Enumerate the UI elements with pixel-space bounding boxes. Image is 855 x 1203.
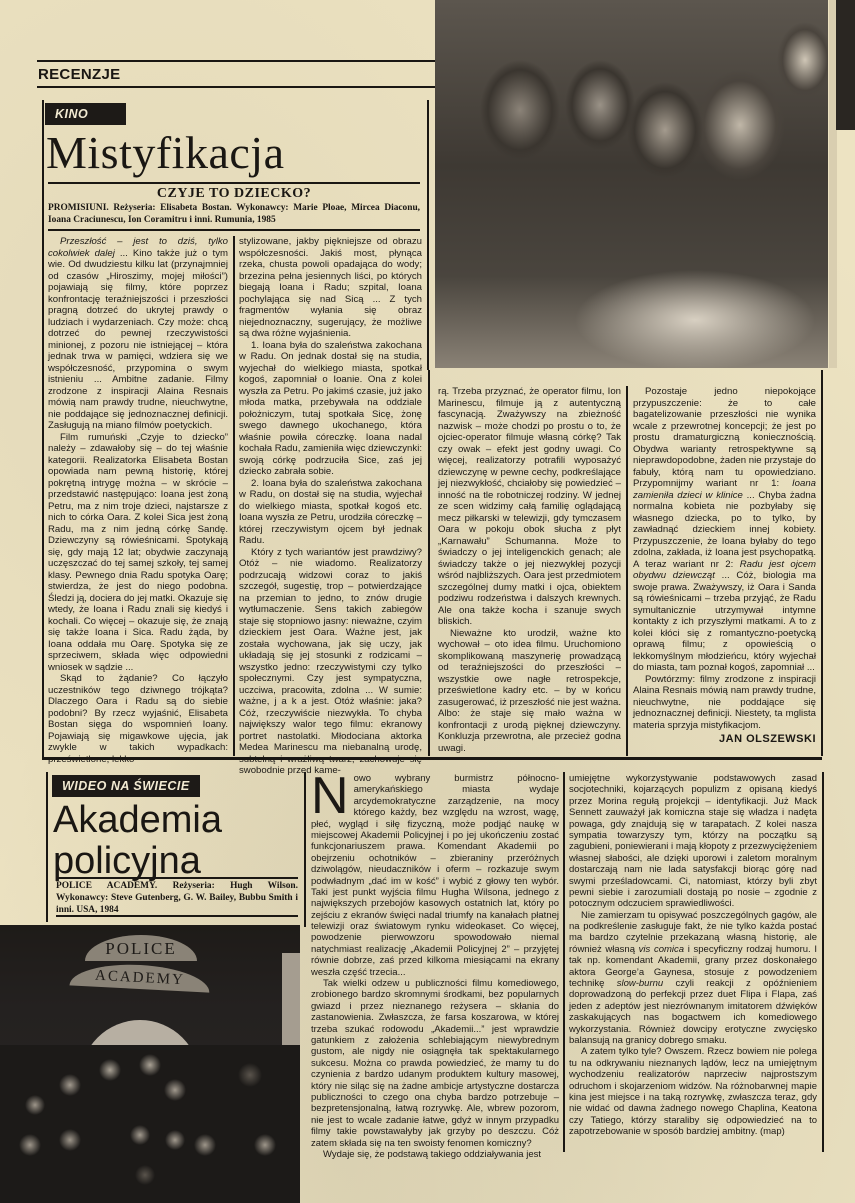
kino-tag: KINO — [45, 103, 126, 125]
review2-column-2: umiejętne wykorzystywanie podstawowych z… — [569, 773, 817, 1138]
review1-title-rule — [48, 182, 420, 184]
review1-column-1: Przeszłość – jest to dziś, tylko cokolwi… — [48, 236, 228, 765]
drop-cap: N — [311, 775, 349, 817]
paragraph: Tak wielki odzew u publiczności filmu ko… — [311, 978, 559, 1149]
review2-category-tag: WIDEO NA ŚWIECIE — [52, 775, 200, 797]
header-top-rule — [37, 60, 435, 62]
paragraph: Skąd to żądanie? Co łączyło uczestników … — [48, 673, 228, 765]
review2-credits-rule — [56, 915, 298, 917]
section-label: RECENZJE — [38, 66, 120, 83]
page-edge-dark — [836, 0, 855, 130]
academy-sign: ACADEMY — [69, 961, 210, 992]
headline-line-2: policyjna — [53, 841, 222, 882]
police-sign: POLICE — [85, 935, 197, 961]
review1-right-border-lower — [821, 370, 823, 756]
review1-column-4: Pozostaje jedno niepokojące przypuszczen… — [633, 386, 816, 731]
review2-right-border — [822, 772, 824, 1152]
cadets-group — [0, 1045, 300, 1203]
column-divider — [233, 236, 235, 756]
paragraph: Nowo wybrany burmistrz północno-amerykań… — [311, 773, 559, 978]
review1-category-tag: KINO — [45, 103, 126, 125]
police-academy-photo: POLICE ACADEMY — [0, 925, 300, 1203]
paragraph: rą. Trzeba przyznać, że operator filmu, … — [438, 386, 621, 628]
review1-byline: JAN OLSZEWSKI — [633, 733, 816, 745]
review2-title-rule — [56, 877, 298, 879]
review1-credits-rule — [48, 229, 420, 231]
paragraph: umiejętne wykorzystywanie podstawowych z… — [569, 773, 817, 910]
paragraph: Nie zamierzam tu opisywać poszczególnych… — [569, 910, 817, 1047]
review1-left-border — [42, 100, 44, 760]
column-divider — [563, 772, 565, 1152]
paragraph: 2. Ioana była do szaleństwa zakochana w … — [239, 478, 422, 547]
review1-column-3: rą. Trzeba przyznać, że operator filmu, … — [438, 386, 621, 754]
column-divider — [626, 386, 628, 756]
paragraph: Przeszłość – jest to dziś, tylko cokolwi… — [48, 236, 228, 432]
paragraph: stylizowane, jakby piękniejsze od obrazu… — [239, 236, 422, 340]
review1-column-2: stylizowane, jakby piękniejsze od obrazu… — [239, 236, 422, 777]
wideo-tag: WIDEO NA ŚWIECIE — [52, 775, 200, 797]
review2-headline: Akademia policyjna — [53, 800, 222, 882]
review2-column-1: Nowo wybrany burmistrz północno-amerykań… — [311, 773, 559, 1160]
paragraph: Powtórzmy: filmy zrodzone z inspiracji A… — [633, 674, 816, 732]
review1-headline: Mistyfikacja — [46, 130, 285, 176]
family-film-still-photo — [435, 0, 828, 368]
header-bottom-rule — [37, 86, 435, 88]
review1-credits: PROMISIUNI. Reżyseria: Elisabeta Bostan.… — [48, 203, 420, 227]
review2-credits: POLICE ACADEMY. Reżyseria: Hugh Wilson. … — [56, 881, 298, 916]
review1-subtitle: CZYJE TO DZIECKO? — [48, 186, 420, 202]
review2-divider — [304, 772, 306, 927]
paragraph: Nieważne kto urodził, ważne kto wychował… — [438, 628, 621, 755]
paragraph: A zatem tylko tyle? Owszem. Rzecz bowiem… — [569, 1046, 817, 1137]
headline-line-1: Akademia — [53, 800, 222, 841]
column-divider — [428, 370, 430, 756]
paragraph: Pozostaje jedno niepokojące przypuszczen… — [633, 386, 816, 674]
review1-right-border — [427, 100, 429, 370]
paragraph: Film rumuński „Czyje to dziecko” należy … — [48, 432, 228, 674]
review2-left-border — [46, 772, 48, 922]
paragraph: Który z tych wariantów jest prawdziwy? O… — [239, 547, 422, 777]
article-separator-rule — [42, 757, 822, 760]
paragraph: Wydaje się, że podstawą takiego oddziały… — [311, 1149, 559, 1160]
paragraph: 1. Ioana była do szaleństwa zakochana w … — [239, 340, 422, 478]
